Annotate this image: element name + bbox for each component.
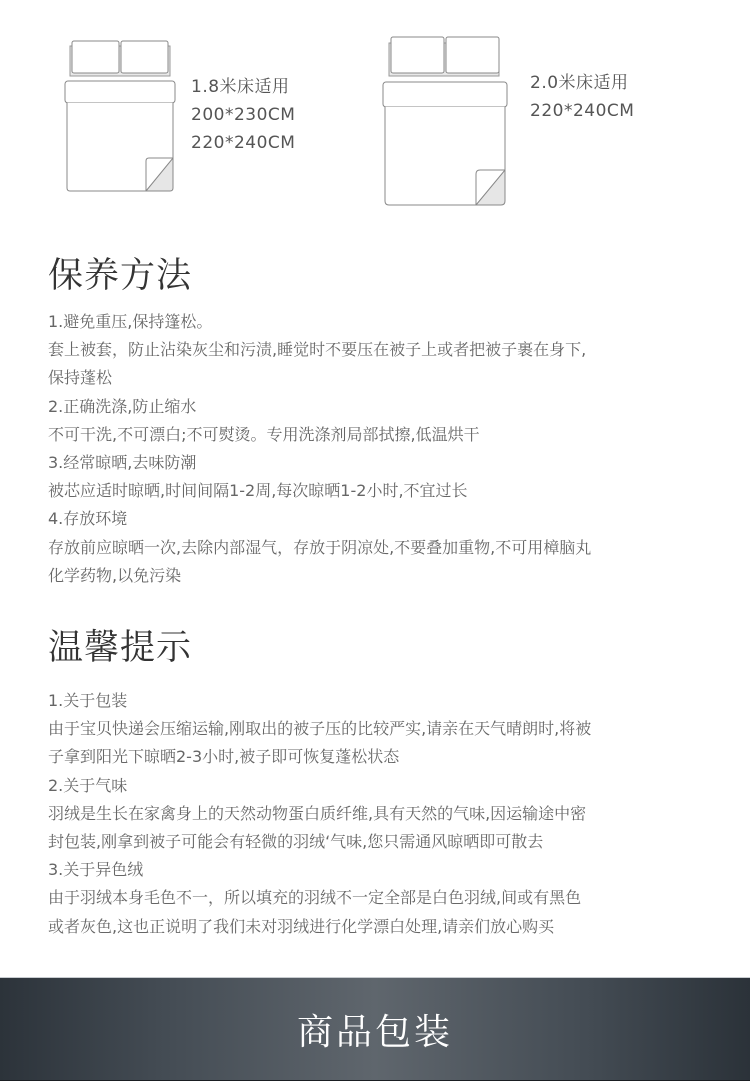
tips-line: 由于羽绒本身毛色不一，所以填充的羽绒不一定全部是白色羽绒,间或有黑色 (48, 884, 718, 912)
care-line: 被芯应适时晾晒,时间间隔1-2周,每次晾晒1-2小时,不宜过长 (48, 477, 718, 505)
care-line: 套上被套，防止沾染灰尘和污渍,睡觉时不要压在被子上或者把被子裹在身下, (48, 336, 718, 364)
tips-line: 封包装,刚拿到被子可能会有轻微的羽绒‘气味,您只需通风晾晒即可散去 (48, 828, 718, 856)
bed-icon (380, 33, 510, 209)
care-section-body: 1.避免重压,保持篷松。 套上被套，防止沾染灰尘和污渍,睡觉时不要压在被子上或者… (48, 308, 718, 590)
care-line: 不可干洗,不可漂白;不可熨烫。专用洗涤剂局部拭擦,低温烘干 (48, 421, 718, 449)
bed-size-2: 2.0米床适用 220*240CM (530, 69, 634, 125)
tips-line: 1.关于包装 (48, 687, 718, 715)
packaging-banner: 商品包装 (0, 977, 750, 1081)
bed-size-dimension: 220*240CM (530, 97, 634, 125)
care-line: 4.存放环境 (48, 505, 718, 533)
tips-line: 或者灰色,这也正说明了我们未对羽绒进行化学漂白处理,请亲们放心购买 (48, 913, 718, 941)
care-section-title: 保养方法 (48, 248, 192, 298)
tips-line: 2.关于气味 (48, 772, 718, 800)
care-line: 3.经常晾晒,去味防潮 (48, 449, 718, 477)
bed-size-dimension: 200*230CM (191, 101, 295, 129)
tips-line: 子拿到阳光下晾晒2-3小时,被子即可恢复蓬松状态 (48, 743, 718, 771)
bed-size-dimension: 220*240CM (191, 129, 295, 157)
bed-icon (62, 36, 178, 196)
care-line: 1.避免重压,保持篷松。 (48, 308, 718, 336)
bed-size-label: 2.0米床适用 (530, 69, 634, 97)
tips-line: 羽绒是生长在家禽身上的天然动物蛋白质纤维,具有天然的气味,因运输途中密 (48, 800, 718, 828)
care-line: 保持蓬松 (48, 364, 718, 392)
care-line: 化学药物,以免污染 (48, 562, 718, 590)
tips-line: 由于宝贝快递会压缩运输,刚取出的被子压的比较严实,请亲在天气晴朗时,将被 (48, 715, 718, 743)
bed-size-1: 1.8米床适用 200*230CM 220*240CM (191, 73, 295, 157)
tips-section-body: 1.关于包装 由于宝贝快递会压缩运输,刚取出的被子压的比较严实,请亲在天气晴朗时… (48, 687, 718, 941)
care-line: 2.正确洗涤,防止缩水 (48, 393, 718, 421)
tips-section-title: 温馨提示 (48, 620, 192, 670)
care-line: 存放前应晾晒一次,去除内部湿气，存放于阴凉处,不要叠加重物,不可用樟脑丸 (48, 534, 718, 562)
tips-line: 3.关于异色绒 (48, 856, 718, 884)
banner-title: 商品包装 (297, 1004, 453, 1055)
bed-size-label: 1.8米床适用 (191, 73, 295, 101)
